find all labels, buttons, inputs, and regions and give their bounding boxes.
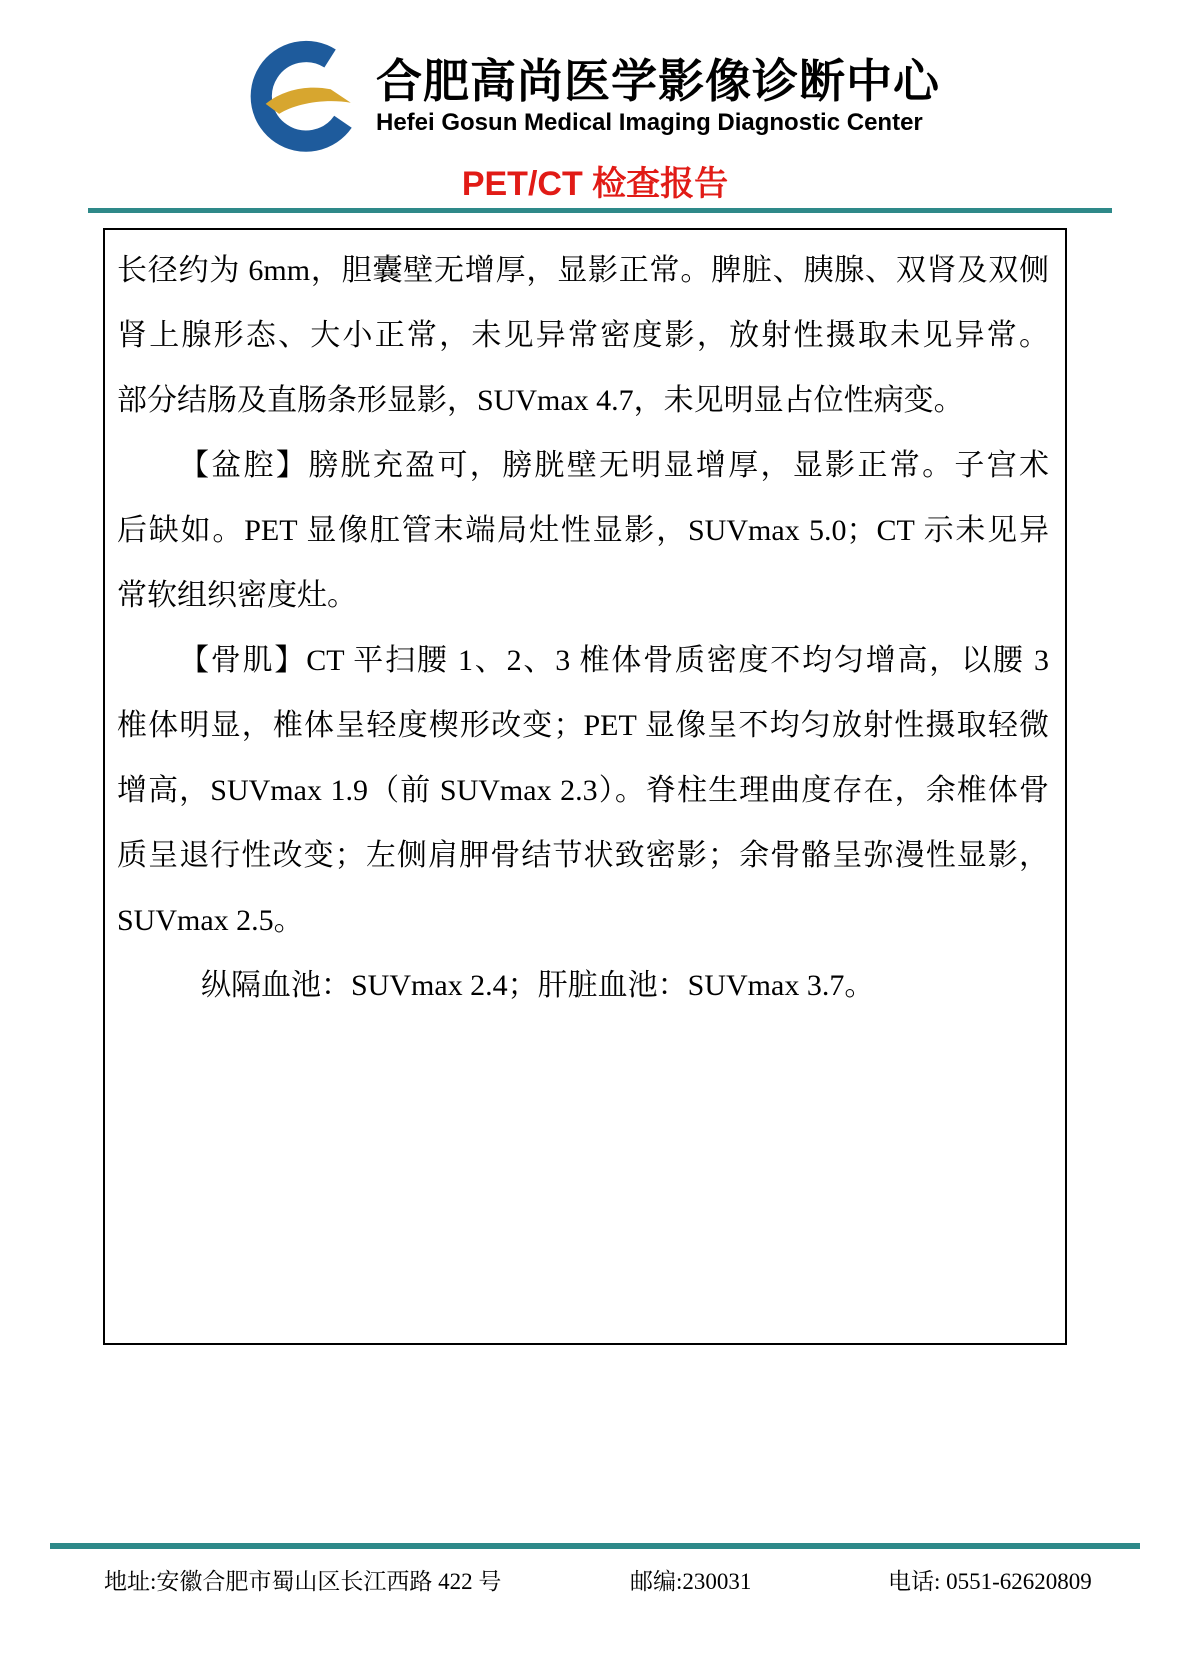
report-text-line: 常软组织密度灶。 — [117, 563, 1049, 628]
report-text-line: 部分结肠及直肠条形显影，SUVmax 4.7，未见明显占位性病变。 — [117, 368, 1049, 433]
report-text-line: 【盆腔】膀胱充盈可，膀胱壁无明显增厚，显影正常。子宫术 — [117, 433, 1049, 498]
footer-phone: 电话: 0551-62620809 — [888, 1566, 1092, 1598]
report-text-line: 肾上腺形态、大小正常，未见异常密度影，放射性摄取未见异常。 — [117, 303, 1049, 368]
header-divider-rule — [88, 208, 1112, 213]
brand-text: 合肥高尚医学影像诊断中心 Hefei Gosun Medical Imaging… — [376, 54, 940, 138]
org-name-zh: 合肥高尚医学影像诊断中心 — [376, 54, 940, 108]
report-title: PET/CT 检查报告 — [462, 164, 728, 204]
report-text-line: SUVmax 2.5。 — [117, 888, 1049, 953]
report-text-line: 后缺如。PET 显像肛管末端局灶性显影，SUVmax 5.0；CT 示未见异 — [117, 498, 1049, 563]
report-header: 合肥高尚医学影像诊断中心 Hefei Gosun Medical Imaging… — [0, 40, 1190, 204]
report-text-line: 【骨肌】CT 平扫腰 1、2、3 椎体骨质密度不均匀增高，以腰 3 — [117, 628, 1049, 693]
report-text-line: 椎体明显，椎体呈轻度楔形改变；PET 显像呈不均匀放射性摄取轻微 — [117, 693, 1049, 758]
gosun-logo-icon — [250, 40, 362, 152]
report-text-line: 长径约为 6mm，胆囊壁无增厚，显影正常。脾脏、胰腺、双肾及双侧 — [117, 238, 1049, 303]
report-text-line: 纵隔血池：SUVmax 2.4；肝脏血池：SUVmax 3.7。 — [117, 953, 1049, 1018]
report-body-box: 长径约为 6mm，胆囊壁无增厚，显影正常。脾脏、胰腺、双肾及双侧肾上腺形态、大小… — [103, 228, 1067, 1345]
org-name-en: Hefei Gosun Medical Imaging Diagnostic C… — [376, 108, 923, 138]
footer-address: 地址:安徽合肥市蜀山区长江西路 422 号 — [104, 1566, 501, 1598]
report-body-text: 长径约为 6mm，胆囊壁无增厚，显影正常。脾脏、胰腺、双肾及双侧肾上腺形态、大小… — [117, 238, 1049, 1018]
report-text-line: 质呈退行性改变；左侧肩胛骨结节状致密影；余骨骼呈弥漫性显影， — [117, 823, 1049, 888]
petct-report-page: 合肥高尚医学影像诊断中心 Hefei Gosun Medical Imaging… — [0, 0, 1190, 1660]
report-footer: 地址:安徽合肥市蜀山区长江西路 422 号 邮编:230031 电话: 0551… — [0, 1566, 1190, 1606]
footer-divider-rule — [50, 1543, 1140, 1549]
brand-row: 合肥高尚医学影像诊断中心 Hefei Gosun Medical Imaging… — [250, 40, 940, 152]
footer-postal-code: 邮编:230031 — [630, 1566, 751, 1598]
report-text-line: 增高，SUVmax 1.9（前 SUVmax 2.3）。脊柱生理曲度存在，余椎体… — [117, 758, 1049, 823]
